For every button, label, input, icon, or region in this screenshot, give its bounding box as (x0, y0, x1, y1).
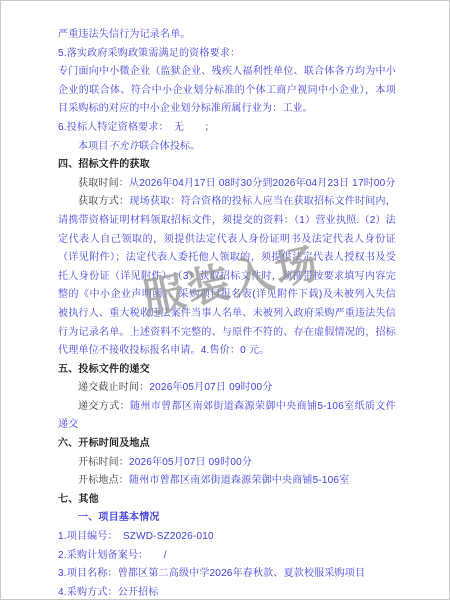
text-segment: 获取时间： (78, 178, 129, 189)
paragraph: 一、项目基本情况 (58, 509, 396, 528)
text-segment: 4.采购方式：公开招标 (58, 587, 159, 598)
document-content: 严重违法失信行为记录名单。5.落实政府采购政策需满足的资格要求：专门面向中小微企… (58, 26, 396, 600)
text-segment: 六、开标时间及地点 (58, 438, 150, 449)
text-segment: 专门面向中小微企业（监狱企业、残疾人福利性单位、联合体各方均为中小企业的联合体、… (58, 66, 396, 114)
text-segment: 6.投标人特定资格要求： 无 ； (58, 122, 215, 133)
paragraph: 获取方式：现场获取：符合资格的投标人应当在获取招标文件时间内，请携带资格证明材料… (58, 193, 396, 360)
text-segment: 不允许 (109, 141, 140, 152)
document-page: 严重违法失信行为记录名单。5.落实政府采购政策需满足的资格要求：专门面向中小微企… (0, 0, 450, 600)
text-segment: 随州市曾都区南郊街道森源荣御中央商铺5-106室 (129, 475, 349, 486)
text-segment: 七、其他 (58, 494, 99, 505)
paragraph: 5.落实政府采购政策需满足的资格要求： (58, 45, 396, 64)
text-segment: 2.采购计划备案号： / (58, 550, 167, 561)
paragraph: 2.采购计划备案号： / (58, 547, 396, 566)
text-segment: 一、项目基本情况 (78, 512, 160, 523)
text-segment: 递交截止时间： (78, 382, 149, 393)
paragraph: 专门面向中小微企业（监狱企业、残疾人福利性单位、联合体各方均为中小企业的联合体、… (58, 63, 396, 119)
paragraph: 严重违法失信行为记录名单。 (58, 26, 396, 45)
text-segment: 四、招标文件的获取 (58, 159, 150, 170)
text-segment: 五、投标文件的递交 (58, 364, 150, 375)
text-segment: 5.落实政府采购政策需满足的资格要求： (58, 48, 240, 59)
text-segment: 2026年05月07日 09时00分 (129, 457, 252, 468)
text-segment: 严重违法失信行为记录名单。 (58, 29, 191, 40)
paragraph: 3.项目名称：曾都区第二高级中学2026年春秋款、夏款校服采购项目 (58, 565, 396, 584)
text-segment: 联合体投标。 (139, 141, 200, 152)
paragraph: 获取时间：从2026年04月17日 08时30分到2026年04月23日 17时… (58, 175, 396, 194)
paragraph: 五、投标文件的递交 (58, 361, 396, 380)
text-segment: 开标时间： (78, 457, 129, 468)
text-segment: 2026年05月07日 09时00分 (149, 382, 272, 393)
text-segment: 递交方式： (78, 401, 130, 412)
text-segment: 获取方式： (78, 196, 129, 207)
text-segment: 1.项目编号： SZWD-SZ2026-010 (58, 531, 214, 542)
paragraph: 4.采购方式：公开招标 (58, 584, 396, 600)
paragraph: 七、其他 (58, 491, 396, 510)
paragraph: 本项目不允许联合体投标。 (58, 138, 396, 157)
paragraph: 递交方式：随州市曾都区南郊街道森源荣御中央商铺5-106室纸质文件递交 (58, 398, 396, 435)
paragraph: 六、开标时间及地点 (58, 435, 396, 454)
text-segment: 现场获取：符合资格的投标人应当在获取招标文件时间内，请携带资格证明材料领取招标文… (58, 196, 396, 356)
text-segment: 从2026年04月17日 08时30分到2026年04月23日 17时00分 (129, 178, 396, 189)
paragraph: 开标地点：随州市曾都区南郊街道森源荣御中央商铺5-106室 (58, 472, 396, 491)
text-segment: 本项目 (78, 141, 109, 152)
paragraph: 开标时间：2026年05月07日 09时00分 (58, 454, 396, 473)
text-segment: 3.项目名称：曾都区第二高级中学2026年春秋款、夏款校服采购项目 (58, 568, 365, 579)
paragraph: 1.项目编号： SZWD-SZ2026-010 (58, 528, 396, 547)
paragraph: 递交截止时间：2026年05月07日 09时00分 (58, 379, 396, 398)
text-segment: 开标地点： (78, 475, 129, 486)
paragraph: 四、招标文件的获取 (58, 156, 396, 175)
paragraph: 6.投标人特定资格要求： 无 ； (58, 119, 396, 138)
